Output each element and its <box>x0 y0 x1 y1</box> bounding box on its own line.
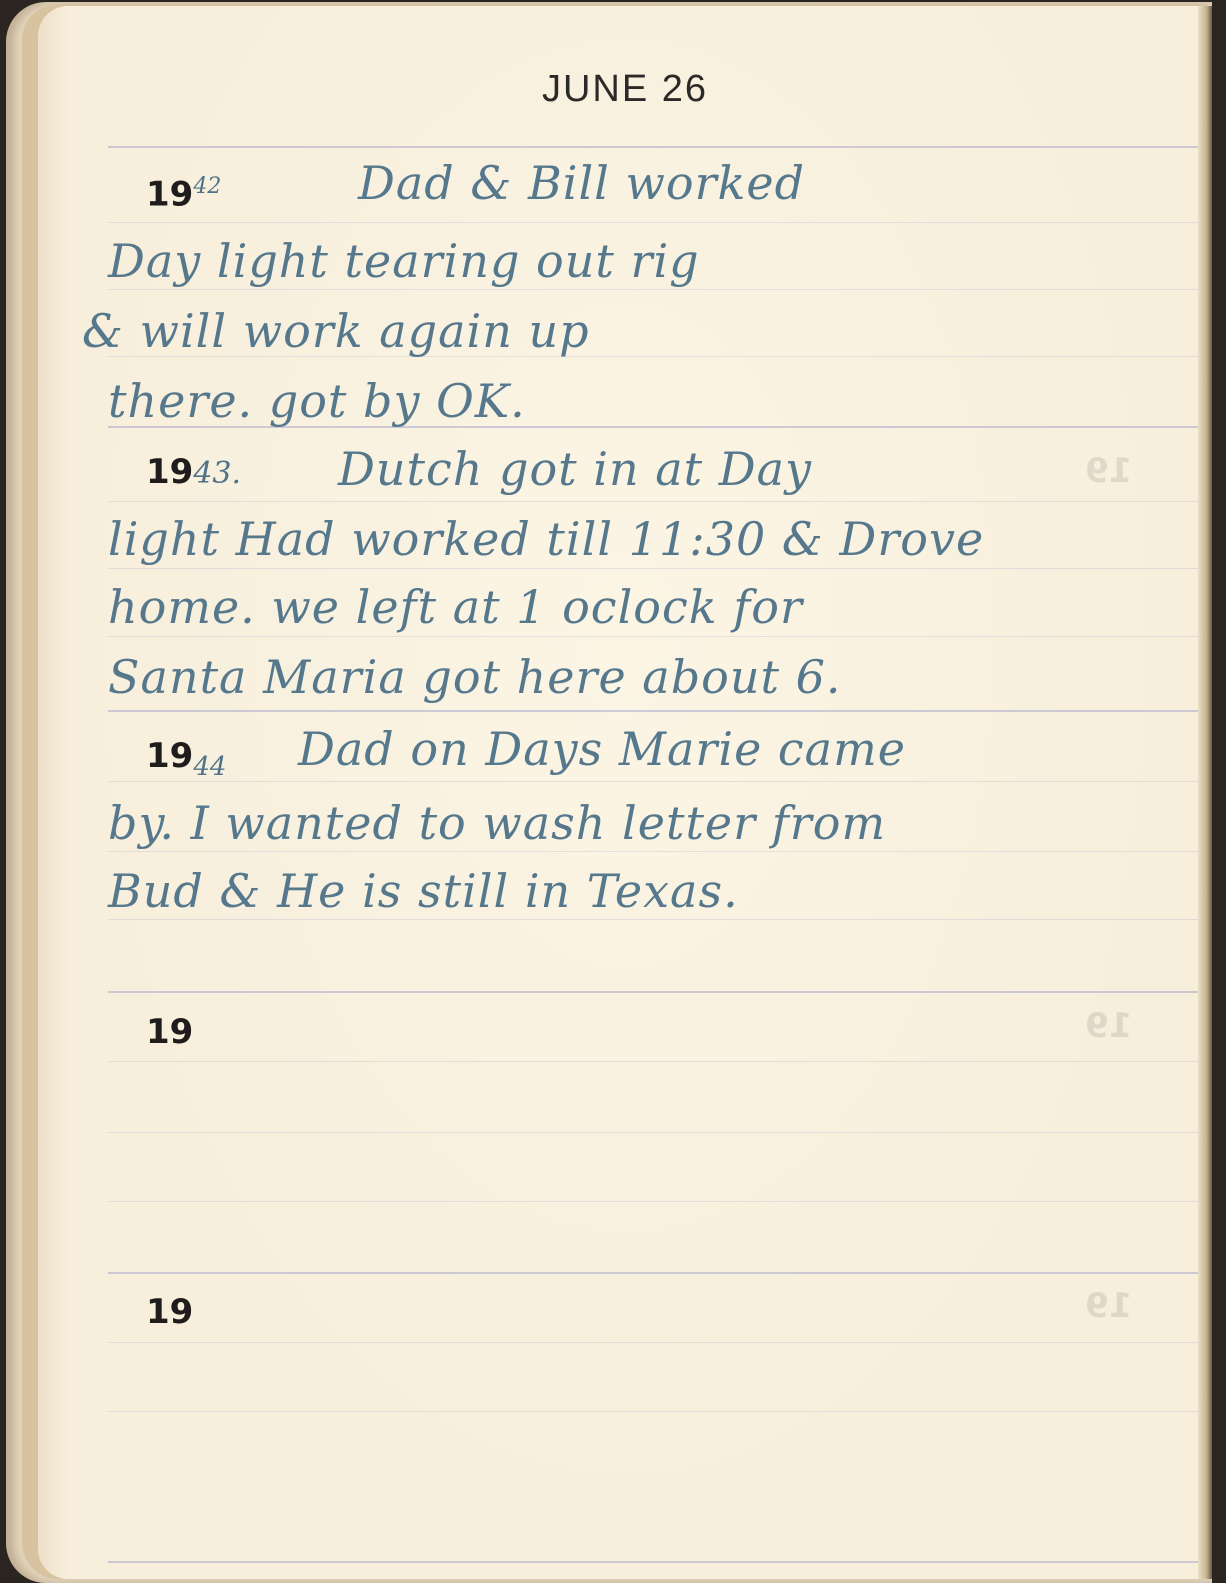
entry-text-line: light Had worked till 11:30 & Drove <box>108 512 984 566</box>
bleed-through-year: 19 <box>1085 1286 1132 1326</box>
entry-text-line: Santa Maria got here about 6. <box>108 650 842 704</box>
diary-page: JUNE 26 19 19 19 1942 Dad & Bill worked … <box>38 6 1212 1579</box>
bleed-through-year: 19 <box>1085 451 1132 491</box>
entry-year-1942: 1942 <box>146 174 221 214</box>
ruled-line <box>108 1201 1198 1202</box>
year-handwritten: 42 <box>193 174 221 199</box>
entry-text-line: Day light tearing out rig <box>108 234 700 288</box>
year-printed: 19 <box>146 1012 193 1052</box>
section-rule <box>108 710 1198 712</box>
year-printed: 19 <box>146 452 193 492</box>
entry-text-line: Dutch got in at Day <box>338 442 812 496</box>
bleed-through-year: 19 <box>1085 1006 1132 1046</box>
ruled-line <box>108 289 1198 290</box>
ruled-line <box>108 1411 1198 1412</box>
page-date-header: JUNE 26 <box>38 68 1212 111</box>
ruled-line <box>108 636 1198 637</box>
book-spine <box>1198 6 1212 1579</box>
ruled-line <box>108 851 1198 852</box>
entry-year-blank: 19 <box>146 1012 193 1052</box>
ruled-line <box>108 1132 1198 1133</box>
year-handwritten: 44 <box>193 752 226 782</box>
ruled-line <box>108 919 1198 920</box>
entry-text-line: & will work again up <box>82 304 590 358</box>
section-rule <box>108 1272 1198 1274</box>
ruled-line <box>108 781 1198 782</box>
entry-year-1944: 1944 <box>146 736 226 782</box>
section-rule <box>108 991 1198 993</box>
ruled-line <box>108 1061 1198 1062</box>
year-printed: 19 <box>146 736 193 776</box>
section-rule <box>108 146 1198 148</box>
year-handwritten: 43. <box>193 456 241 491</box>
year-printed: 19 <box>146 1292 193 1332</box>
entry-text-line: Dad on Days Marie came <box>298 722 906 776</box>
entry-text-line: Bud & He is still in Texas. <box>108 864 739 918</box>
entry-text-line: Dad & Bill worked <box>358 156 805 210</box>
ruled-line <box>108 568 1198 569</box>
year-printed: 19 <box>146 174 193 214</box>
entry-text-line: there. got by OK. <box>108 374 526 428</box>
entry-year-blank: 19 <box>146 1292 193 1332</box>
ruled-line <box>108 501 1198 502</box>
entry-text-line: by. I wanted to wash letter from <box>108 796 886 850</box>
entry-text-line: home. we left at 1 oclock for <box>108 580 803 634</box>
ruled-line <box>108 1342 1198 1343</box>
section-rule <box>108 1561 1198 1563</box>
entry-year-1943: 1943. <box>146 452 241 492</box>
